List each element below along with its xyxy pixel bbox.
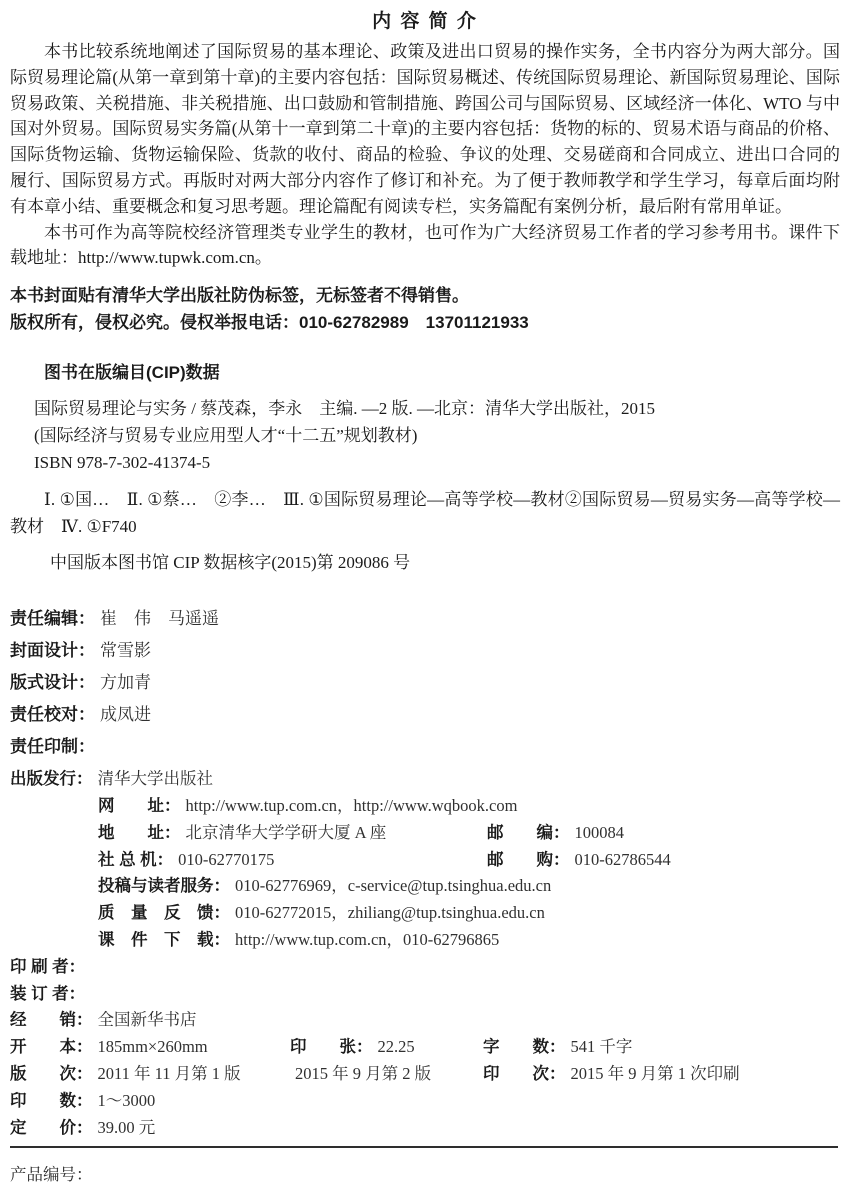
cip-title-line: 国际贸易理论与实务 / 蔡茂森，李永 主编. —2 版. —北京：清华大学出版社… (34, 395, 840, 422)
cip-record-number: 中国版本图书馆 CIP 数据核字(2015)第 209086 号 (50, 548, 840, 573)
product-number-label: 产品编号： (10, 1161, 840, 1185)
cip-heading: 图书在版编目(CIP)数据 (10, 358, 840, 383)
colophon-label: 质 量 反 馈： (98, 900, 230, 927)
colophon-value: 010-62786544 (575, 847, 671, 874)
staff-credits: 责任编辑：崔 伟 马遥遥 封面设计：常雪影 版式设计：方加青 责任校对：成凤进 … (10, 603, 840, 763)
colophon-label: 印 刷 者： (10, 954, 85, 981)
staff-row-cover-design: 封面设计：常雪影 (10, 635, 840, 667)
staff-row-layout-design: 版式设计：方加青 (10, 667, 840, 699)
book-summary: 本书比较系统地阐述了国际贸易的基本理论、政策及进出口贸易的操作实务，全书内容分为… (10, 39, 840, 271)
colophon-row-website: 网 址：http://www.tup.com.cn，http://www.wqb… (10, 793, 840, 820)
colophon-label: 装 订 者： (10, 981, 85, 1008)
cip-block: 国际贸易理论与实务 / 蔡茂森，李永 主编. —2 版. —北京：清华大学出版社… (10, 395, 840, 476)
colophon-value: 北京清华大学学研大厦 A 座 (186, 823, 387, 842)
anti-piracy-notice: 本书封面贴有清华大学出版社防伪标签，无标签者不得销售。 (10, 282, 840, 309)
footer-divider-line (10, 1146, 838, 1148)
colophon-row-format: 开 本：185mm×260mm印 张：22.25字 数：541 千字 (10, 1034, 840, 1061)
colophon-row-edition: 版 次：2011 年 11 月第 1 版2015 年 9 月第 2 版印 次：2… (10, 1061, 840, 1088)
colophon-value: 185mm×260mm (98, 1037, 208, 1056)
copyright-notices: 本书封面贴有清华大学出版社防伪标签，无标签者不得销售。 版权所有，侵权必究。侵权… (10, 282, 840, 336)
colophon-row-binder: 装 订 者： (10, 981, 840, 1008)
colophon-cell: 开 本：185mm×260mm (10, 1034, 290, 1061)
colophon-cell: 字 数：541 千字 (483, 1034, 840, 1061)
colophon-label: 课 件 下 载： (98, 927, 230, 954)
colophon-value: 全国新华书店 (98, 1007, 197, 1034)
colophon-value: http://www.tup.com.cn，http://www.wqbook.… (186, 793, 518, 820)
colophon-cell: 版 次：2011 年 11 月第 1 版 (10, 1061, 290, 1088)
colophon-value: 2011 年 11 月第 1 版 (98, 1064, 241, 1083)
colophon-row-price: 定 价：39.00 元 (10, 1115, 840, 1142)
staff-value: 方加青 (100, 673, 151, 692)
colophon-label: 经 销： (10, 1007, 93, 1034)
colophon-label: 投稿与读者服务： (98, 873, 230, 900)
colophon-label: 印 张： (290, 1038, 373, 1056)
colophon-label: 版 次： (10, 1065, 93, 1083)
colophon-label: 定 价： (10, 1115, 93, 1142)
colophon-value: 541 千字 (571, 1037, 633, 1056)
colophon-value: 1～3000 (98, 1088, 156, 1115)
colophon-row-publisher: 出版发行：清华大学出版社 (10, 766, 840, 793)
staff-label: 责任印制： (10, 737, 95, 756)
colophon-value: 2015 年 9 月第 2 版 (295, 1064, 431, 1083)
colophon-label: 字 数： (483, 1038, 566, 1056)
colophon-cell: 2015 年 9 月第 2 版 (290, 1061, 483, 1088)
colophon-cell: 地 址：北京清华大学学研大厦 A 座 (98, 820, 487, 847)
colophon-row-reader-service: 投稿与读者服务：010-62776969，c-service@tup.tsing… (10, 873, 840, 900)
colophon-label: 印 数： (10, 1088, 93, 1115)
colophon-cell: 印 次：2015 年 9 月第 1 次印刷 (483, 1061, 840, 1088)
staff-label: 版式设计： (10, 673, 95, 692)
colophon-value: 22.25 (378, 1037, 415, 1056)
colophon-value: 100084 (575, 820, 625, 847)
colophon-label: 网 址： (98, 793, 181, 820)
cip-isbn: ISBN 978-7-302-41374-5 (34, 449, 840, 476)
cip-classification: Ⅰ. ①国… Ⅱ. ①蔡… ②李… Ⅲ. ①国际贸易理论—高等学校—教材②国际贸… (10, 486, 840, 540)
colophon-label: 印 次： (483, 1065, 566, 1083)
staff-value: 成凤进 (100, 705, 151, 724)
colophon-value: http://www.tup.com.cn，010-62796865 (235, 927, 499, 954)
colophon: 出版发行：清华大学出版社 网 址：http://www.tup.com.cn，h… (10, 766, 840, 1141)
colophon-label: 开 本： (10, 1038, 93, 1056)
staff-row-editor: 责任编辑：崔 伟 马遥遥 (10, 603, 840, 635)
page-title: 内 容 简 介 (10, 6, 840, 33)
colophon-value: 010-62776969，c-service@tup.tsinghua.edu.… (235, 873, 551, 900)
copyright-warning: 版权所有，侵权必究。侵权举报电话：010-62782989 1370112193… (10, 309, 840, 336)
colophon-value: 清华大学出版社 (98, 766, 214, 793)
staff-label: 责任校对： (10, 705, 95, 724)
cip-series-line: (国际经济与贸易专业应用型人才“十二五”规划教材) (34, 422, 840, 449)
colophon-row-address: 地 址：北京清华大学学研大厦 A 座邮 编：100084 (10, 820, 840, 847)
colophon-cell: 社 总 机：010-62770175 (98, 847, 487, 874)
summary-paragraph-1: 本书比较系统地阐述了国际贸易的基本理论、政策及进出口贸易的操作实务，全书内容分为… (10, 39, 840, 220)
colophon-label: 社 总 机： (98, 851, 173, 869)
colophon-row-print-run: 印 数：1～3000 (10, 1088, 840, 1115)
staff-label: 封面设计： (10, 641, 95, 660)
colophon-label: 地 址： (98, 824, 181, 842)
colophon-row-quality-feedback: 质 量 反 馈：010-62772015，zhiliang@tup.tsingh… (10, 900, 840, 927)
staff-label: 责任编辑： (10, 609, 95, 628)
colophon-row-distributor: 经 销：全国新华书店 (10, 1007, 840, 1034)
colophon-row-courseware-download: 课 件 下 载：http://www.tup.com.cn，010-627968… (10, 927, 840, 954)
colophon-row-switchboard: 社 总 机：010-62770175邮 购：010-62786544 (10, 847, 840, 874)
colophon-row-printer: 印 刷 者： (10, 954, 840, 981)
copyright-page: 内 容 简 介 本书比较系统地阐述了国际贸易的基本理论、政策及进出口贸易的操作实… (0, 0, 852, 1200)
staff-value: 常雪影 (100, 641, 151, 660)
colophon-label: 邮 购： (487, 847, 570, 874)
colophon-value: 010-62770175 (178, 850, 274, 869)
staff-row-proofreader: 责任校对：成凤进 (10, 699, 840, 731)
summary-paragraph-2: 本书可作为高等院校经济管理类专业学生的教材，也可作为广大经济贸易工作者的学习参考… (10, 220, 840, 272)
staff-value: 崔 伟 马遥遥 (100, 609, 219, 628)
colophon-value: 39.00 元 (98, 1115, 156, 1142)
colophon-value: 2015 年 9 月第 1 次印刷 (571, 1064, 740, 1083)
colophon-value: 010-62772015，zhiliang@tup.tsinghua.edu.c… (235, 900, 545, 927)
staff-row-print-supervisor: 责任印制： (10, 731, 840, 763)
colophon-label: 出版发行： (10, 766, 93, 793)
colophon-label: 邮 编： (487, 820, 570, 847)
colophon-cell: 印 张：22.25 (290, 1034, 483, 1061)
